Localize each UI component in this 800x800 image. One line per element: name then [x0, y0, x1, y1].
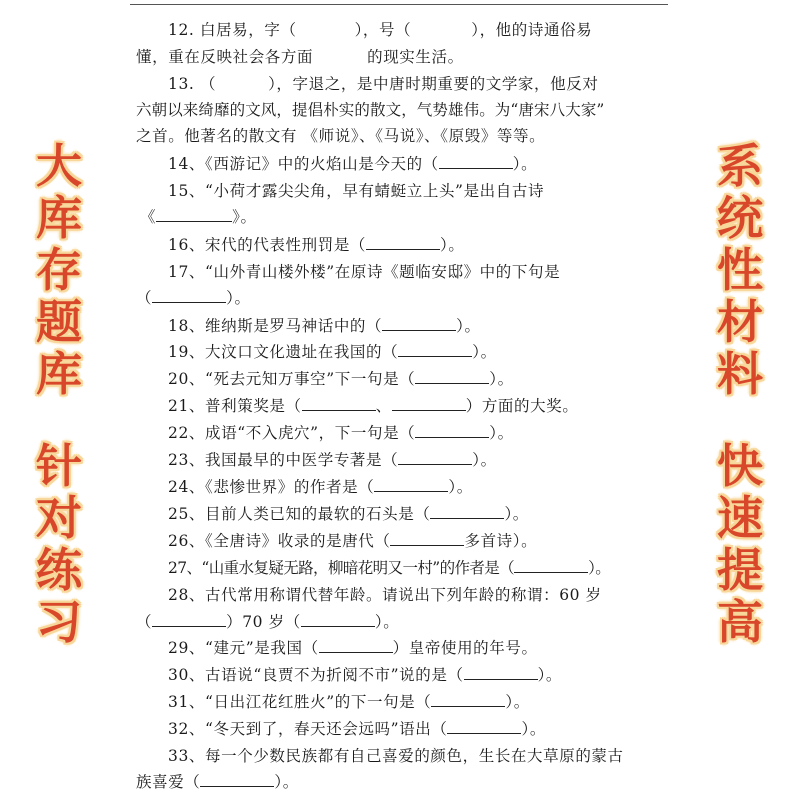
answer-blank[interactable] — [415, 369, 489, 384]
question-13-line-1: 13. （），字退之，是中唐时期重要的文学家，他反对 — [168, 74, 598, 94]
question-26: 26、《全唐诗》收录的是唐代（多首诗）。 — [168, 531, 537, 551]
question-28-line-1: 28、古代常用称谓代替年龄。请说出下列年龄的称谓：60 岁 — [168, 585, 602, 605]
answer-blank[interactable] — [392, 396, 466, 411]
question-14: 14、《西游记》中的火焰山是今天的（）。 — [168, 154, 537, 174]
question-32: 32、“冬天到了，春天还会远吗”语出（）。 — [168, 719, 546, 739]
answer-blank[interactable] — [415, 423, 489, 438]
answer-blank[interactable] — [398, 342, 472, 357]
quiz-document: 12. 白居易，字（），号（），他的诗通俗易 懂，重在反映社会各方面的现实生活。… — [0, 0, 800, 800]
answer-blank[interactable] — [431, 692, 505, 707]
answer-blank[interactable] — [447, 719, 521, 734]
answer-blank[interactable] — [156, 207, 232, 222]
question-24: 24、《悲惨世界》的作者是（）。 — [168, 477, 473, 497]
question-33-line-2: 族喜爱（）。 — [136, 772, 299, 792]
question-12-line-2: 懂，重在反映社会各方面的现实生活。 — [136, 47, 464, 67]
answer-blank[interactable] — [430, 504, 504, 519]
question-17-line-2: （）。 — [136, 288, 251, 308]
answer-blank[interactable] — [374, 477, 448, 492]
answer-blank[interactable] — [464, 665, 538, 680]
answer-blank[interactable] — [152, 612, 226, 627]
question-18: 18、维纳斯是罗马神话中的（）。 — [168, 316, 481, 336]
answer-blank[interactable] — [439, 154, 513, 169]
answer-blank[interactable] — [200, 772, 274, 787]
question-25: 25、目前人类已知的最软的石头是（）。 — [168, 504, 529, 524]
question-33-line-1: 33、每一个少数民族都有自己喜爱的颜色，生长在大草原的蒙古 — [168, 746, 624, 766]
question-13-line-3: 之首。他著名的散文有 《师说》、《马说》、《原毁》等等。 — [136, 126, 545, 146]
answer-blank[interactable] — [366, 235, 440, 250]
question-17-line-1: 17、“山外青山楼外楼”在原诗《题临安邸》中的下句是 — [168, 262, 560, 282]
answer-blank[interactable] — [390, 531, 464, 546]
question-29: 29、“建元”是我国（）皇帝使用的年号。 — [168, 638, 538, 658]
question-30: 30、古语说“良贾不为折阅不市”说的是（）。 — [168, 665, 562, 685]
question-28-line-2: （）70 岁（）。 — [136, 612, 399, 632]
question-23: 23、我国最早的中医学专著是（）。 — [168, 450, 497, 470]
question-15-line-2: 《》。 — [140, 207, 257, 227]
question-19: 19、大汶口文化遗址在我国的（）。 — [168, 342, 497, 362]
question-31: 31、“日出江花红胜火”的下一句是（）。 — [168, 692, 530, 712]
question-12-line-1: 12. 白居易，字（），号（），他的诗通俗易 — [168, 20, 592, 40]
question-20: 20、“死去元知万事空”下一句是（）。 — [168, 369, 514, 389]
answer-blank[interactable] — [302, 396, 376, 411]
answer-blank[interactable] — [152, 288, 226, 303]
question-27: 27、“山重水复疑无路，柳暗花明又一村”的作者是（）。 — [168, 558, 610, 578]
question-13-line-2: 六朝以来绮靡的文风，提倡朴实的散文，气势雄伟。为“唐宋八大家” — [136, 100, 604, 120]
answer-blank[interactable] — [301, 612, 375, 627]
answer-blank[interactable] — [514, 558, 588, 573]
answer-blank[interactable] — [398, 450, 472, 465]
question-15-line-1: 15、“小荷才露尖尖角，早有蜻蜓立上头”是出自古诗 — [168, 181, 544, 201]
question-21: 21、普利策奖是（、）方面的大奖。 — [168, 396, 578, 416]
answer-blank[interactable] — [382, 316, 456, 331]
answer-blank[interactable] — [319, 638, 393, 653]
question-22: 22、成语“不入虎穴”，下一句是（）。 — [168, 423, 514, 443]
question-16: 16、宋代的代表性刑罚是（）。 — [168, 235, 464, 255]
